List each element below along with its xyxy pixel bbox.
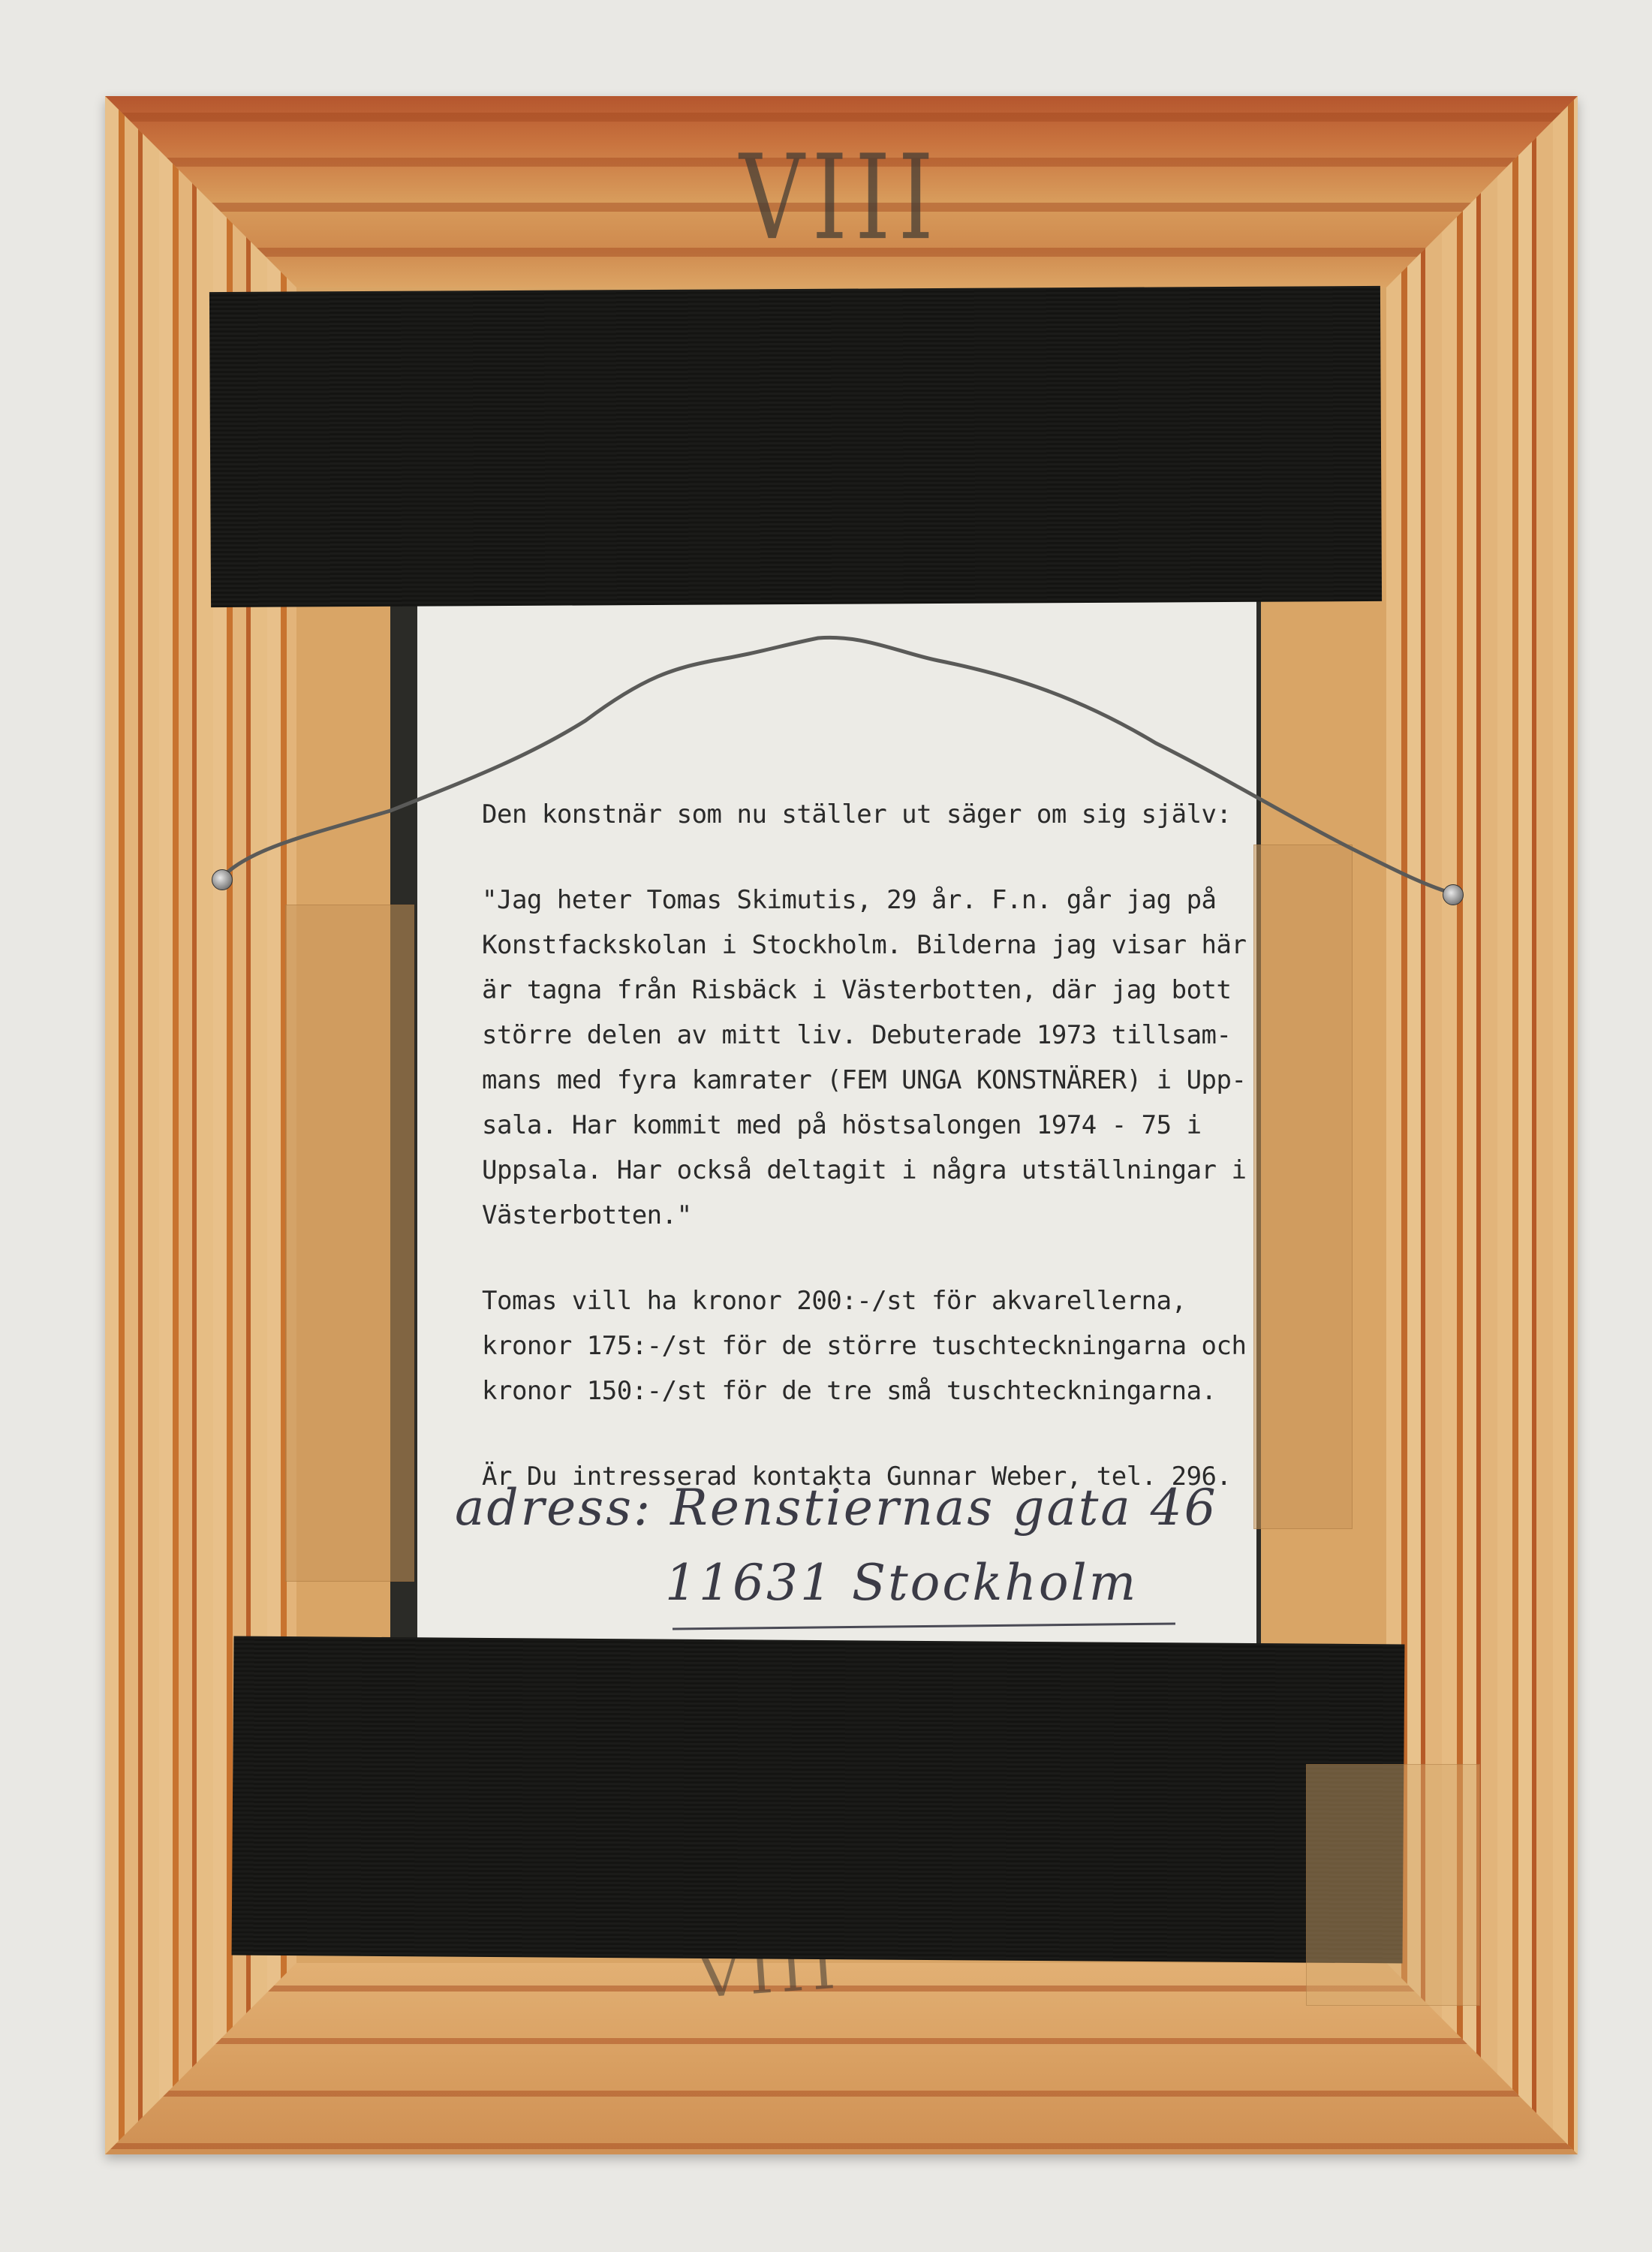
artist-statement-note: Den konstnär som nu ställer ut säger om … xyxy=(417,601,1256,1644)
handwritten-postcode-city: 11631 Stockholm xyxy=(665,1554,1138,1612)
screw-icon xyxy=(1443,884,1464,905)
handwritten-underline xyxy=(673,1622,1175,1630)
note-prices: Tomas vill ha kronor 200:-/st för akvare… xyxy=(482,1278,1256,1414)
screw-icon xyxy=(212,869,233,890)
black-tape-bottom xyxy=(232,1636,1405,1964)
clear-tape-right xyxy=(1253,844,1353,1529)
black-tape-top xyxy=(209,286,1382,607)
handwritten-address: adress: Renstiernas gata 46 xyxy=(455,1479,1218,1537)
clear-tape-left xyxy=(285,905,414,1582)
note-intro: Den konstnär som nu ställer ut säger om … xyxy=(482,792,1256,837)
pencil-mark-top: VIII xyxy=(739,131,941,266)
clear-tape-bottom-right xyxy=(1306,1764,1480,2006)
note-quote: "Jag heter Tomas Skimutis, 29 år. F.n. g… xyxy=(482,878,1256,1238)
